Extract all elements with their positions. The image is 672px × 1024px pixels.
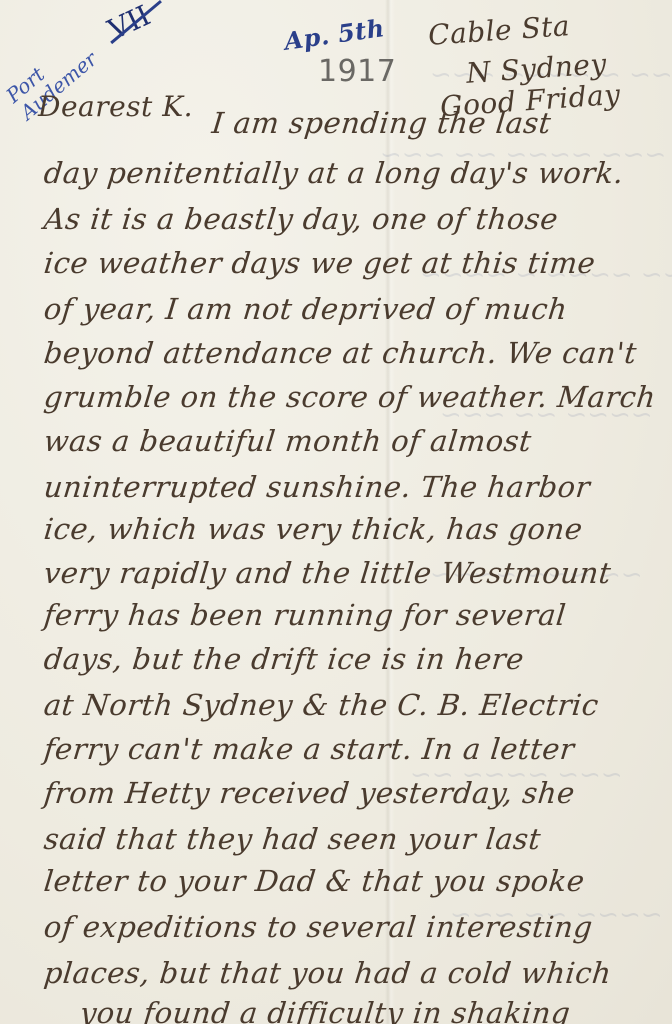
body-line: from Hetty received yesterday, she [42, 776, 576, 810]
body-line: at North Sydney & the C. B. Electric [42, 688, 600, 722]
body-line: said that they had seen your last [42, 822, 542, 856]
body-line: of expeditions to several interesting [42, 910, 594, 944]
body-line: days, but the drift ice is in here [42, 642, 526, 676]
date-stamp: Ap. 5th [282, 13, 386, 56]
body-line: you found a difficulty in shaking [78, 996, 572, 1024]
place-line-1: Cable Sta [427, 9, 571, 52]
body-line: grumble on the score of weather. March [42, 380, 657, 414]
body-line: places, but that you had a cold which [42, 956, 613, 990]
body-line: ice weather days we get at this time [42, 246, 597, 280]
body-line: very rapidly and the little Westmount [42, 556, 613, 590]
body-line: day penitentially at a long day's work. [42, 156, 625, 190]
body-line: letter to your Dad & that you spoke [42, 864, 586, 898]
body-line: ice, which was very thick, has gone [42, 512, 584, 546]
body-line: was a beautiful month of almost [42, 424, 533, 458]
body-line: ferry can't make a start. In a letter [42, 732, 576, 766]
year-pencil: 1917 [318, 54, 396, 89]
letter-page: ~~~ ~ ~~~~ ~~~ ~~~ ~~~~ ~~ ~~~ ~~ ~~~~ ~… [0, 0, 672, 1024]
body-line: As it is a beastly day, one of those [42, 202, 560, 236]
body-line: beyond attendance at church. We can't [42, 336, 638, 370]
body-line: I am spending the last [210, 106, 553, 140]
salutation: Dearest K. [38, 90, 193, 123]
body-line: ferry has been running for several [42, 598, 568, 632]
body-line: of year, I am not deprived of much [42, 292, 569, 326]
body-line: uninterrupted sunshine. The harbor [42, 470, 592, 504]
